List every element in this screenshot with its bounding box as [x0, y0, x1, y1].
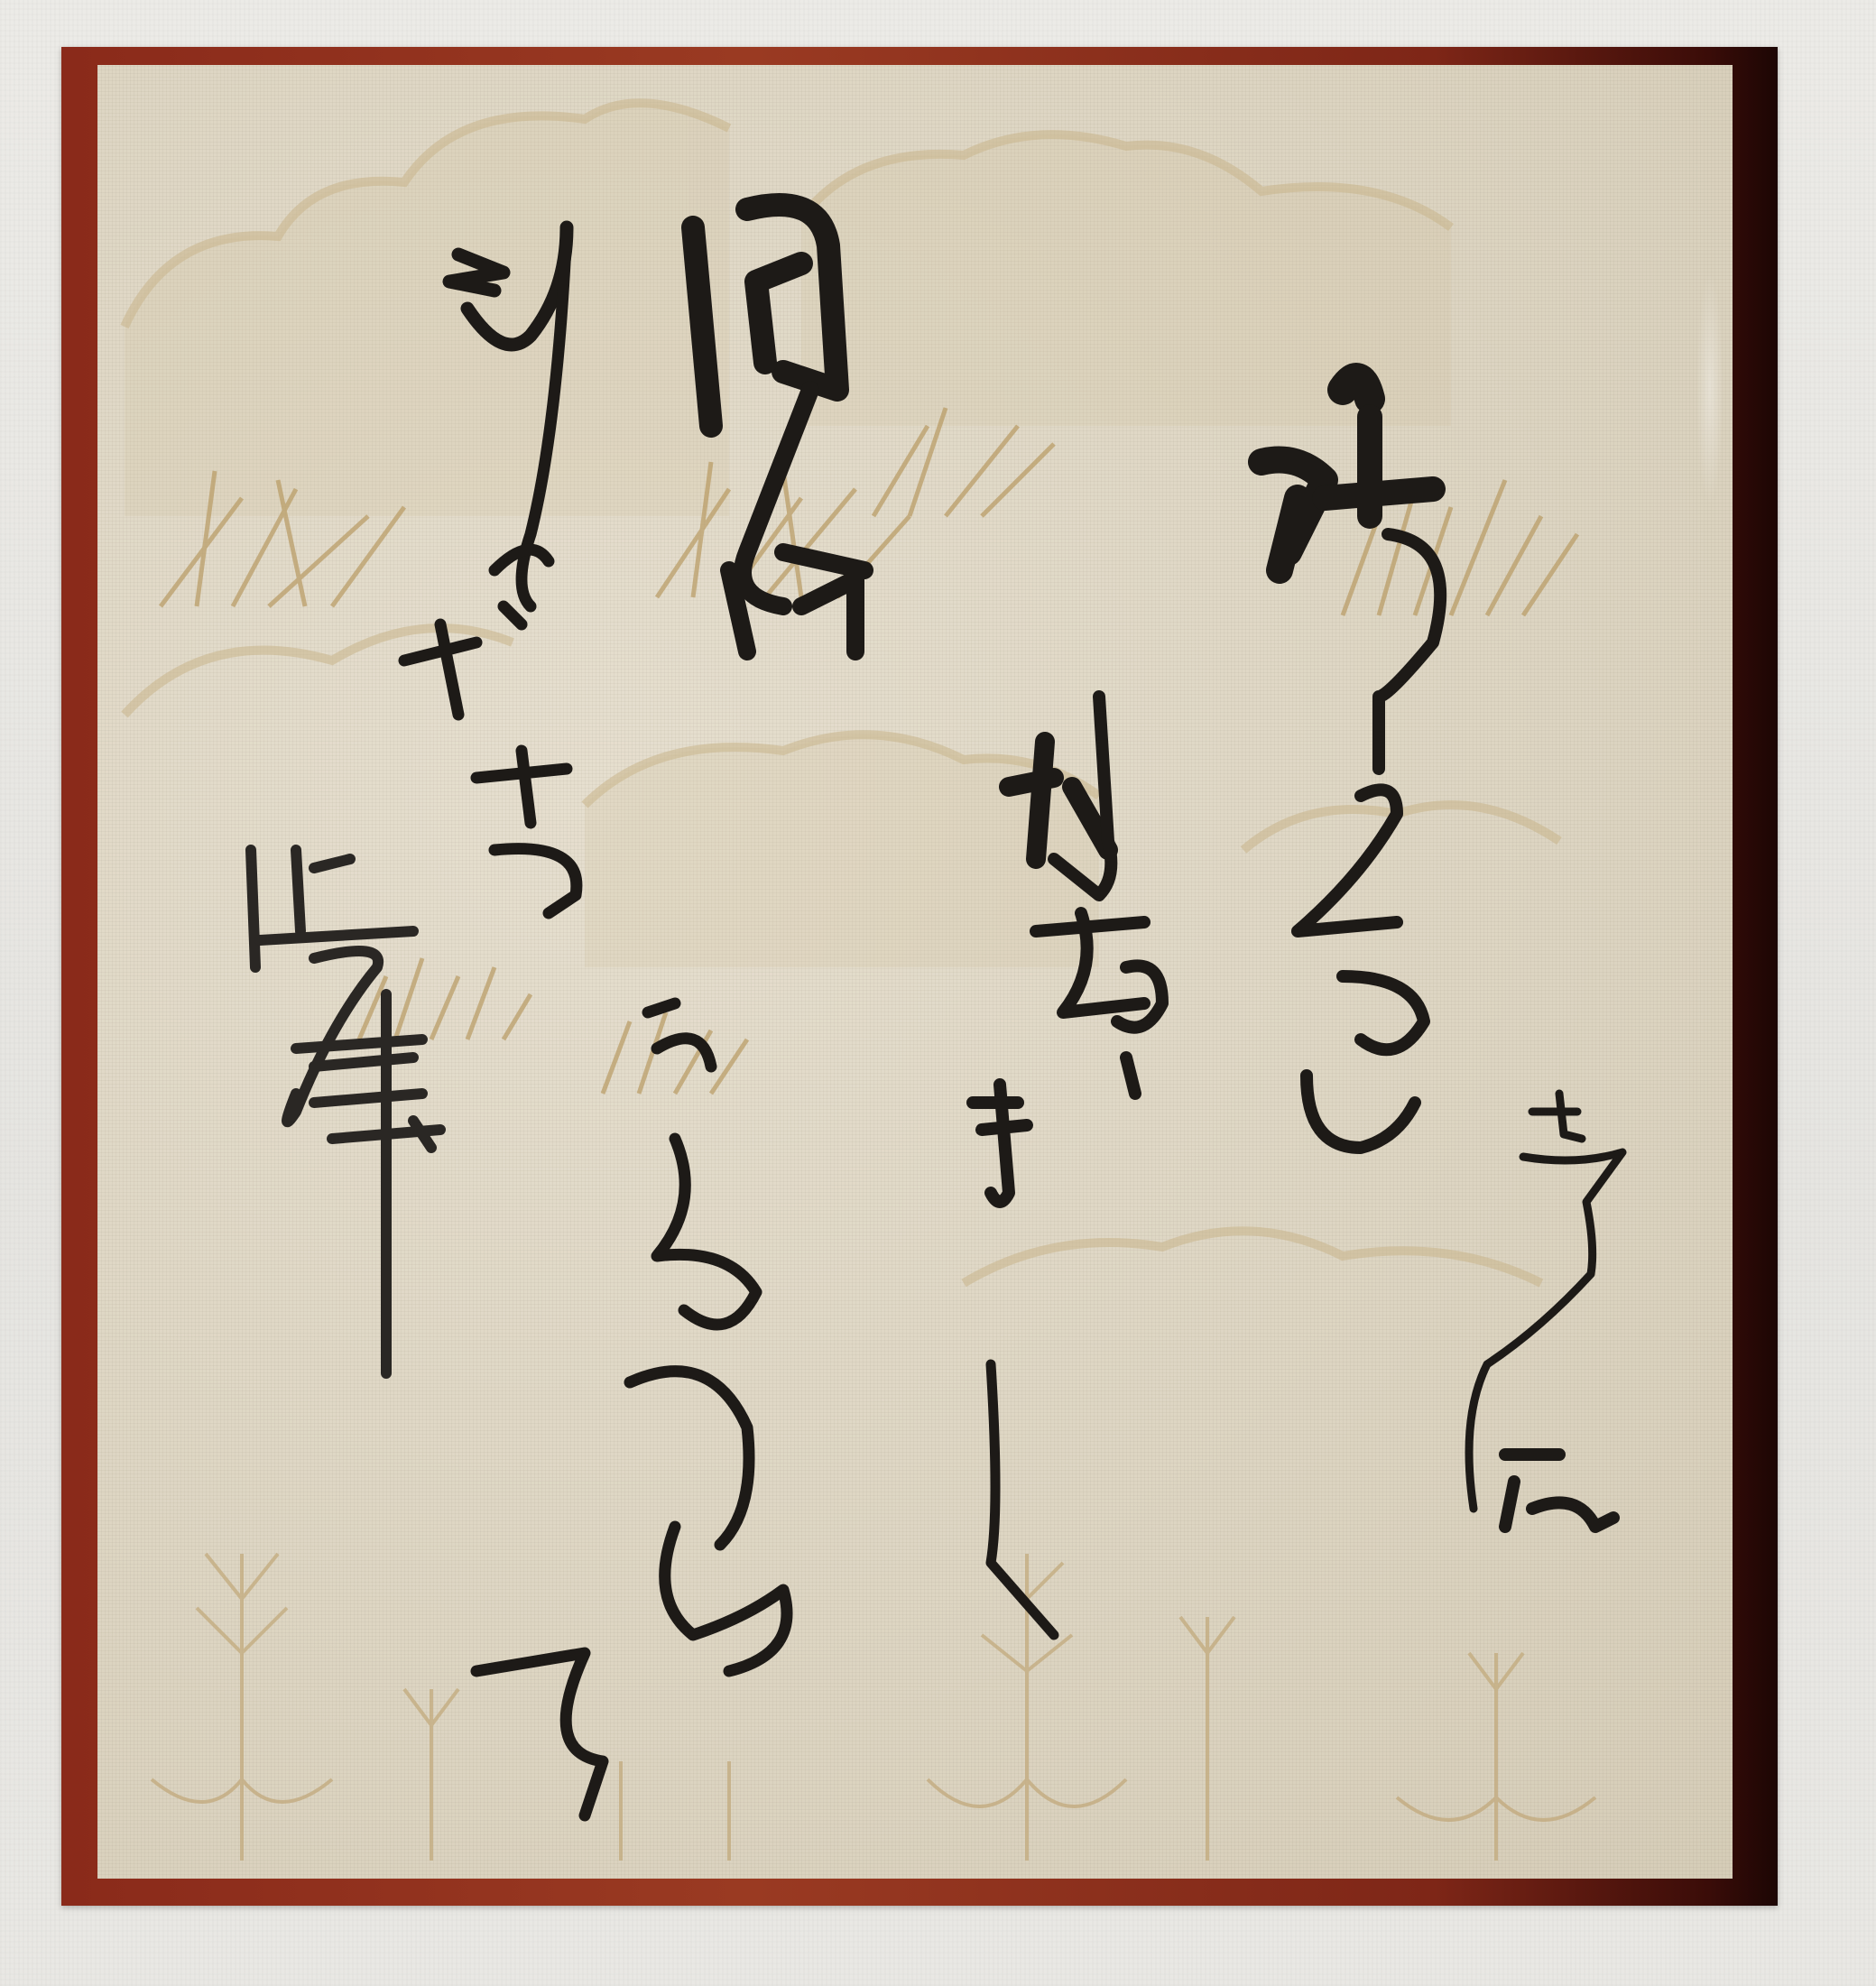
calligraphy-artwork: [97, 65, 1733, 1879]
column-center-left: [476, 1003, 787, 1815]
signature-seal-column: [251, 850, 440, 1373]
column-right: [1261, 378, 1440, 1148]
glass-reflection: [1696, 271, 1724, 505]
column-far-right: [1469, 1094, 1622, 1527]
gold-pine-sapling-motifs: [152, 1554, 1595, 1861]
